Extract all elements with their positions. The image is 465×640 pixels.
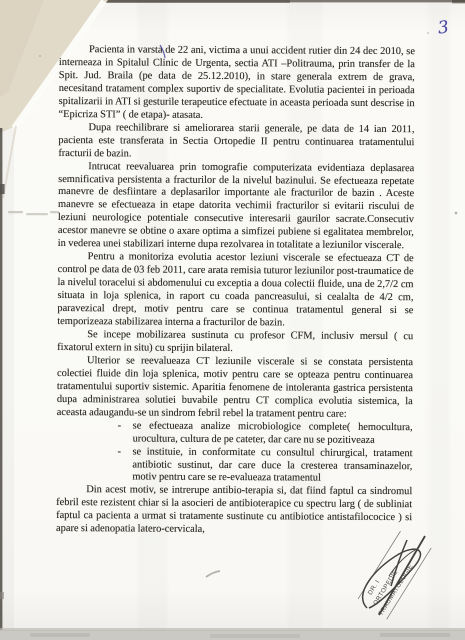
bleed-through-smudge: [8, 211, 59, 215]
list-item-text: se efectueaza analize microbiologice com…: [133, 420, 413, 445]
paragraph-ct-control: Pentru a monitoriza evolutia acestor lez…: [57, 251, 413, 331]
list-item: - se efectueaza analize microbiologice c…: [57, 420, 413, 448]
paragraph-ct-reevaluation: Intrucat reevaluarea prin tomografie com…: [58, 161, 415, 254]
speck: [427, 32, 429, 34]
paragraph-transfer: Dupa reechilibrare si ameliorarea starii…: [58, 122, 414, 163]
doctor-stamp-signature: DR. I ORTOPEDIE TRAUMATOLOGIE: [349, 520, 449, 635]
speck: [455, 212, 458, 215]
scanned-medical-document-page: 3 Pacienta in varsta de 22 ani, victima …: [0, 0, 465, 640]
typed-text-block: Pacienta in varsta de 22 ani, victima a …: [56, 44, 415, 538]
speck: [39, 55, 41, 57]
list-item-text: se instituie, in conformitate cu consult…: [132, 446, 412, 484]
paragraph-complications: Ulterior se reevalueaza CT leziunile vis…: [57, 355, 413, 422]
dash-bullet: -: [118, 420, 122, 433]
paragraph-mobilization: Se incepe mobilizarea sustinuta cu profe…: [57, 329, 413, 357]
handwritten-page-number: 3: [437, 17, 450, 38]
dash-bullet: -: [117, 446, 121, 459]
left-edge-shadow: [0, 128, 2, 636]
paragraph-admission: Pacienta in varsta de 22 ani, victima a …: [59, 44, 415, 124]
fold-crease: [3, 126, 16, 198]
pencil-mark: [206, 571, 220, 577]
list-item: - se instituie, in conformitate cu consu…: [56, 446, 412, 487]
